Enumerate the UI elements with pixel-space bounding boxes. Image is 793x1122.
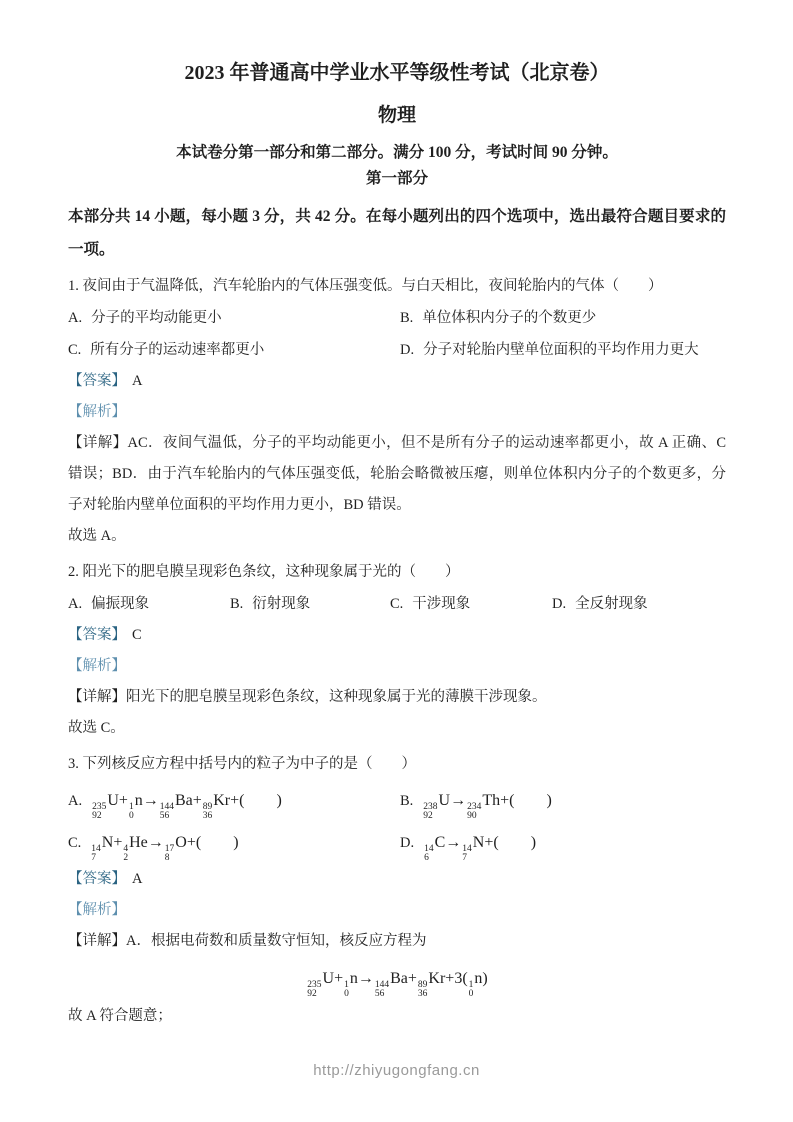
conclusion: 故 A 符合题意； bbox=[68, 1001, 726, 1032]
option-label: D. bbox=[552, 596, 566, 612]
page-title: 2023 年普通高中学业水平等级性考试（北京卷） bbox=[68, 58, 726, 88]
conclusion: 故选 A。 bbox=[68, 521, 726, 552]
option-text: 干涉现象 bbox=[412, 596, 470, 612]
analysis-label: 【解析】 bbox=[68, 902, 126, 918]
option-d: D.全反射现象 bbox=[552, 588, 726, 620]
question-3: 3. 下列核反应方程中括号内的粒子为中子的是（ ） A.23592U+10n→1… bbox=[68, 748, 726, 1032]
answer-value: A bbox=[132, 373, 142, 389]
analysis-label: 【解析】 bbox=[68, 658, 126, 674]
detail-paragraph: 【详解】阳光下的肥皂膜呈现彩色条纹，这种现象属于光的薄膜干涉现象。 bbox=[68, 682, 726, 713]
option-label: D. bbox=[400, 835, 414, 851]
subject-title: 物理 bbox=[68, 102, 726, 130]
option-a: A.分子的平均动能更小 bbox=[68, 302, 400, 334]
detail-equation-line: 23592U+10n→14456Ba+8936Kr+3(10n) bbox=[68, 957, 726, 1001]
analysis-line: 【解析】 bbox=[68, 397, 726, 428]
option-text: 偏振现象 bbox=[91, 596, 149, 612]
nuclear-equation: 23592U+10n→14456Ba+8936Kr+3(10n) bbox=[306, 970, 487, 987]
option-a: A.23592U+10n→14456Ba+8936Kr+( ) bbox=[68, 780, 400, 822]
answer-value: C bbox=[132, 627, 142, 643]
answer-line: 【答案】A bbox=[68, 864, 726, 895]
analysis-line: 【解析】 bbox=[68, 651, 726, 682]
question-2: 2. 阳光下的肥皂膜呈现彩色条纹，这种现象属于光的（ ） A.偏振现象 B.衍射… bbox=[68, 556, 726, 744]
part-description: 本部分共 14 小题，每小题 3 分，共 42 分。在每小题列出的四个选项中，选… bbox=[68, 200, 726, 266]
question-1-options: A.分子的平均动能更小 B.单位体积内分子的个数更少 C.所有分子的运动速率都更… bbox=[68, 302, 726, 366]
answer-line: 【答案】C bbox=[68, 620, 726, 651]
option-a: A.偏振现象 bbox=[68, 588, 230, 620]
answer-value: A bbox=[132, 871, 142, 887]
nuclear-equation: 147N+42He→178O+( ) bbox=[90, 834, 238, 851]
question-2-stem: 2. 阳光下的肥皂膜呈现彩色条纹，这种现象属于光的（ ） bbox=[68, 556, 726, 588]
option-text: 分子对轮胎内壁单位面积的平均作用力更大 bbox=[423, 342, 699, 358]
option-label: C. bbox=[68, 835, 81, 851]
option-c: C.干涉现象 bbox=[390, 588, 552, 620]
detail-intro: 【详解】A．根据电荷数和质量数守恒知，核反应方程为 bbox=[68, 926, 726, 957]
option-label: B. bbox=[230, 596, 243, 612]
detail-paragraph: 【详解】AC．夜间气温低，分子的平均动能更小，但不是所有分子的运动速率都更小，故… bbox=[68, 428, 726, 521]
analysis-label: 【解析】 bbox=[68, 404, 126, 420]
question-1: 1. 夜间由于气温降低，汽车轮胎内的气体压强变低。与白天相比，夜间轮胎内的气体（… bbox=[68, 270, 726, 552]
part-heading: 第一部分 bbox=[68, 166, 726, 192]
exam-document-page: 2023 年普通高中学业水平等级性考试（北京卷） 物理 本试卷分第一部分和第二部… bbox=[0, 0, 793, 1032]
option-d: D.分子对轮胎内壁单位面积的平均作用力更大 bbox=[400, 334, 726, 366]
nuclear-equation: 146C→147N+( ) bbox=[423, 834, 536, 851]
exam-info: 本试卷分第一部分和第二部分。满分 100 分，考试时间 90 分钟。 bbox=[68, 140, 726, 166]
question-1-stem: 1. 夜间由于气温降低，汽车轮胎内的气体压强变低。与白天相比，夜间轮胎内的气体（… bbox=[68, 270, 726, 302]
question-3-stem: 3. 下列核反应方程中括号内的粒子为中子的是（ ） bbox=[68, 748, 726, 780]
answer-line: 【答案】A bbox=[68, 366, 726, 397]
option-b: B.衍射现象 bbox=[230, 588, 390, 620]
question-3-options: A.23592U+10n→14456Ba+8936Kr+( ) B.23892U… bbox=[68, 780, 726, 864]
answer-label: 【答案】 bbox=[68, 627, 126, 643]
option-text: 全反射现象 bbox=[575, 596, 648, 612]
option-label: C. bbox=[390, 596, 403, 612]
option-label: A. bbox=[68, 310, 82, 326]
answer-label: 【答案】 bbox=[68, 373, 126, 389]
conclusion: 故选 C。 bbox=[68, 713, 726, 744]
option-text: 分子的平均动能更小 bbox=[91, 310, 222, 326]
option-d: D.146C→147N+( ) bbox=[400, 822, 726, 864]
option-b: B.23892U→23490Th+( ) bbox=[400, 780, 726, 822]
option-label: A. bbox=[68, 596, 82, 612]
option-text: 单位体积内分子的个数更少 bbox=[422, 310, 596, 326]
watermark-url: http://zhiyugongfang.cn bbox=[0, 1062, 793, 1079]
option-label: D. bbox=[400, 342, 414, 358]
option-b: B.单位体积内分子的个数更少 bbox=[400, 302, 726, 334]
option-label: A. bbox=[68, 793, 82, 809]
question-2-options: A.偏振现象 B.衍射现象 C.干涉现象 D.全反射现象 bbox=[68, 588, 726, 620]
option-text: 衍射现象 bbox=[252, 596, 310, 612]
option-text: 所有分子的运动速率都更小 bbox=[90, 342, 264, 358]
option-label: B. bbox=[400, 793, 413, 809]
nuclear-equation: 23892U→23490Th+( ) bbox=[422, 792, 552, 809]
option-c: C.147N+42He→178O+( ) bbox=[68, 822, 400, 864]
nuclear-equation: 23592U+10n→14456Ba+8936Kr+( ) bbox=[91, 792, 282, 809]
option-c: C.所有分子的运动速率都更小 bbox=[68, 334, 400, 366]
answer-label: 【答案】 bbox=[68, 871, 126, 887]
analysis-line: 【解析】 bbox=[68, 895, 726, 926]
option-label: C. bbox=[68, 342, 81, 358]
option-label: B. bbox=[400, 310, 413, 326]
